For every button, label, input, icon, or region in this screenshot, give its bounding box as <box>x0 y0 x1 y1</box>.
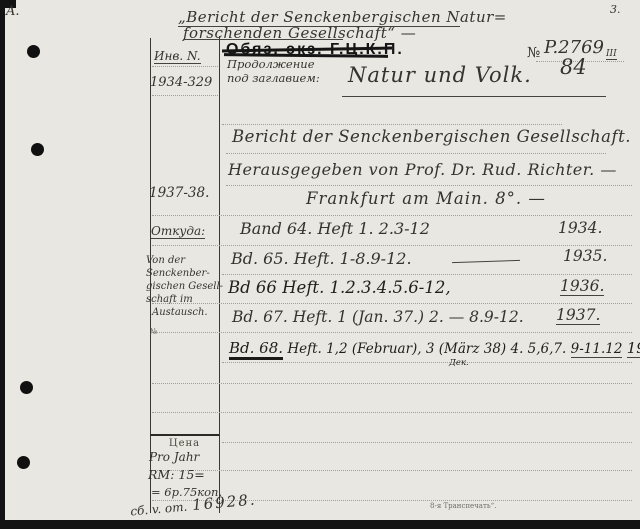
ruling-line <box>152 332 632 333</box>
price-line: Pro Jahr <box>149 450 199 464</box>
inventory-number: 1934-329 <box>150 75 212 90</box>
scan-edge-bottom <box>0 520 640 529</box>
origin-label: Откуда: <box>151 224 205 239</box>
description-line1: Bericht der Senckenbergischen Gesellscha… <box>232 127 631 146</box>
ruling-line <box>152 245 632 246</box>
catalog-card-scan: A. 3. „Bericht der Senckenbergischen Nat… <box>0 0 640 529</box>
continuation-note: 84 <box>560 55 587 79</box>
origin-line: schaft im <box>146 294 193 305</box>
holdings-year: 1936. <box>560 277 604 296</box>
continuation-label-line1: Продолжение <box>227 57 315 71</box>
ruling-line <box>152 95 218 96</box>
price-box-top <box>150 434 219 436</box>
accession-no-sign: № <box>527 45 540 61</box>
holdings-entry: Bd. 65. Heft. 1-8.9-12. <box>231 249 412 268</box>
origin-no-mark: № <box>150 327 158 336</box>
ruling-line <box>152 303 632 304</box>
title-underline <box>183 39 343 40</box>
footer-note: сб. v. от. 16928. <box>129 490 257 520</box>
punch-hole <box>31 143 44 156</box>
origin-line: Senckenber- <box>146 268 210 279</box>
fill-dash <box>452 260 520 263</box>
ruling-line <box>152 383 632 384</box>
ruling-line <box>152 66 218 67</box>
page-number: 3. <box>610 3 621 16</box>
footer-note-text: сб. v. от. <box>130 500 188 519</box>
inventory-label: Инв. N. <box>154 49 201 64</box>
accession-suffix: III <box>606 49 617 60</box>
holdings-year: 1937. <box>556 306 600 325</box>
holdings-year: 1935. <box>563 247 607 265</box>
punch-hole <box>17 456 30 469</box>
origin-line: Von der <box>146 255 185 266</box>
origin-line: gischen Gesell- <box>146 281 223 292</box>
holdings-entry: Bd 66 Heft. 1.2.3.4.5.6-12, <box>228 278 451 297</box>
origin-line: Austausch. <box>152 307 208 318</box>
ruling-line <box>152 470 632 471</box>
holdings-entry: Bd. 67. Heft. 1 (Jan. 37.) 2. — 8.9-12. <box>232 308 524 326</box>
print-shop-label: 8-я Транспечать“. <box>430 502 496 510</box>
continuation-label: Продолжение под заглавием: <box>227 58 337 85</box>
ruling-line <box>222 124 562 125</box>
continuation-underline <box>342 96 606 97</box>
punch-hole <box>27 45 40 58</box>
corner-note: A. <box>6 4 20 19</box>
continuation-label-line2: под заглавием: <box>227 71 320 85</box>
volume-years: 1937-38. <box>149 185 209 201</box>
description-line3: Frankfurt am Main. 8°. — <box>306 189 546 208</box>
price-label: Цена <box>150 438 219 449</box>
ruling-line <box>222 274 632 275</box>
continuation-title: Natur und Volk. <box>348 63 532 87</box>
holdings-year: 1938, <box>627 339 640 358</box>
ruling-line <box>226 153 606 154</box>
punch-hole <box>20 381 33 394</box>
ruling-line <box>152 215 632 216</box>
ruling-line <box>222 442 632 443</box>
origin-source: Von der Senckenber- gischen Gesell- scha… <box>146 254 224 319</box>
holdings-year: 1934. <box>558 219 602 237</box>
holdings-sub-note: Дек. <box>449 358 469 368</box>
footer-note-number: 16928. <box>191 491 257 515</box>
holdings-row-5: Bd. 68. Heft. 1,2 (Februar), 3 (März 38)… <box>229 339 640 357</box>
ruling-line <box>222 362 632 363</box>
holdings-entry: Band 64. Heft 1. 2.3-12 <box>240 219 430 238</box>
ruling-line <box>152 412 632 413</box>
holdings-volume: Bd. 68. <box>229 339 283 360</box>
price-line: RM: 15= <box>148 467 205 482</box>
scan-edge-left <box>0 0 5 529</box>
ruling-line <box>226 185 632 186</box>
title-underline <box>178 26 460 27</box>
description-line2: Herausgegeben von Prof. Dr. Rud. Richter… <box>228 160 617 179</box>
holdings-dated: 9-11.12 <box>571 341 623 358</box>
holdings-entry: Heft. 1,2 (Februar), 3 (März 38) 4. 5,6,… <box>287 341 566 357</box>
